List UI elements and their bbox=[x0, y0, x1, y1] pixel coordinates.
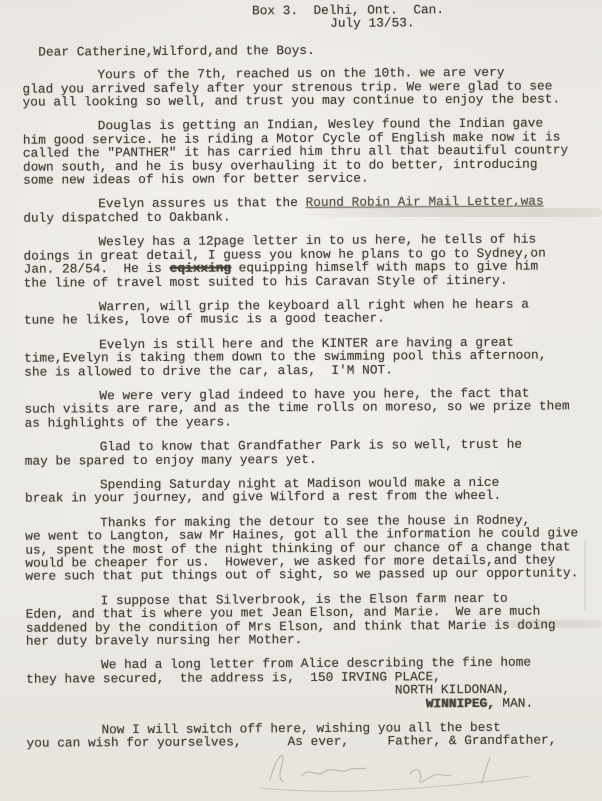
paragraph: Glad to know that Grandfather Park is so… bbox=[25, 437, 587, 467]
paragraph-segment: I suppose that Silverbrook, is the Elson… bbox=[26, 591, 556, 649]
paragraph: Thanks for making the detour to see the … bbox=[25, 513, 587, 583]
paragraph: Wesley has a 12page letter in to us here… bbox=[23, 233, 585, 290]
paragraph: Yours of the 7th, reached us on the 10th… bbox=[22, 66, 584, 110]
paragraph: Spending Saturday night at Madison would… bbox=[25, 475, 587, 505]
paragraph-segment: Douglas is getting an Indian, Wesley fou… bbox=[23, 116, 568, 188]
paragraph-segment-b: WINNIPEG, bbox=[426, 695, 495, 710]
paragraph-segment: Spending Saturday night at Madison would… bbox=[25, 475, 501, 506]
paragraph-segment: We were very glad indeed to have you her… bbox=[24, 386, 569, 431]
paragraph-segment: MAN. bbox=[495, 695, 533, 710]
letter-date: July 13/53. bbox=[330, 16, 584, 31]
paragraph-segment: Warren, will grip the keyboard all right… bbox=[24, 297, 529, 328]
paragraph-segment: Glad to know that Grandfather Park is so… bbox=[25, 437, 522, 468]
salutation: Dear Catherine,Wilford,and the Boys. bbox=[38, 42, 584, 59]
paragraph-segment: Evelyn is still here and the KINTER are … bbox=[24, 334, 546, 379]
paragraph: We had a long letter from Alice describi… bbox=[26, 656, 588, 713]
paragraph: Warren, will grip the keyboard all right… bbox=[24, 297, 586, 327]
letter-sheet: Box 3. Delhi, Ont. Can. July 13/53. Dear… bbox=[0, 0, 602, 801]
paragraph-segment bbox=[26, 696, 425, 713]
paragraph-segment-u: Round Robin Air Mail Letter,was bbox=[306, 194, 544, 210]
paragraph: Evelyn is still here and the KINTER are … bbox=[24, 335, 586, 379]
letter-content: Box 3. Delhi, Ont. Can. July 13/53. Dear… bbox=[22, 2, 589, 761]
paragraph: We were very glad indeed to have you her… bbox=[24, 386, 586, 430]
paragraph-segment: Thanks for making the detour to see the … bbox=[25, 512, 578, 584]
paragraph-segment: Yours of the 7th, reached us on the 10th… bbox=[22, 65, 560, 110]
handwritten-signature-icon bbox=[242, 738, 542, 793]
paragraph: Douglas is getting an Indian, Wesley fou… bbox=[23, 117, 585, 187]
paragraph: Evelyn assures us that the Round Robin A… bbox=[23, 195, 585, 225]
paragraph: I suppose that Silverbrook, is the Elson… bbox=[26, 591, 588, 648]
letter-body: Yours of the 7th, reached us on the 10th… bbox=[22, 66, 588, 751]
